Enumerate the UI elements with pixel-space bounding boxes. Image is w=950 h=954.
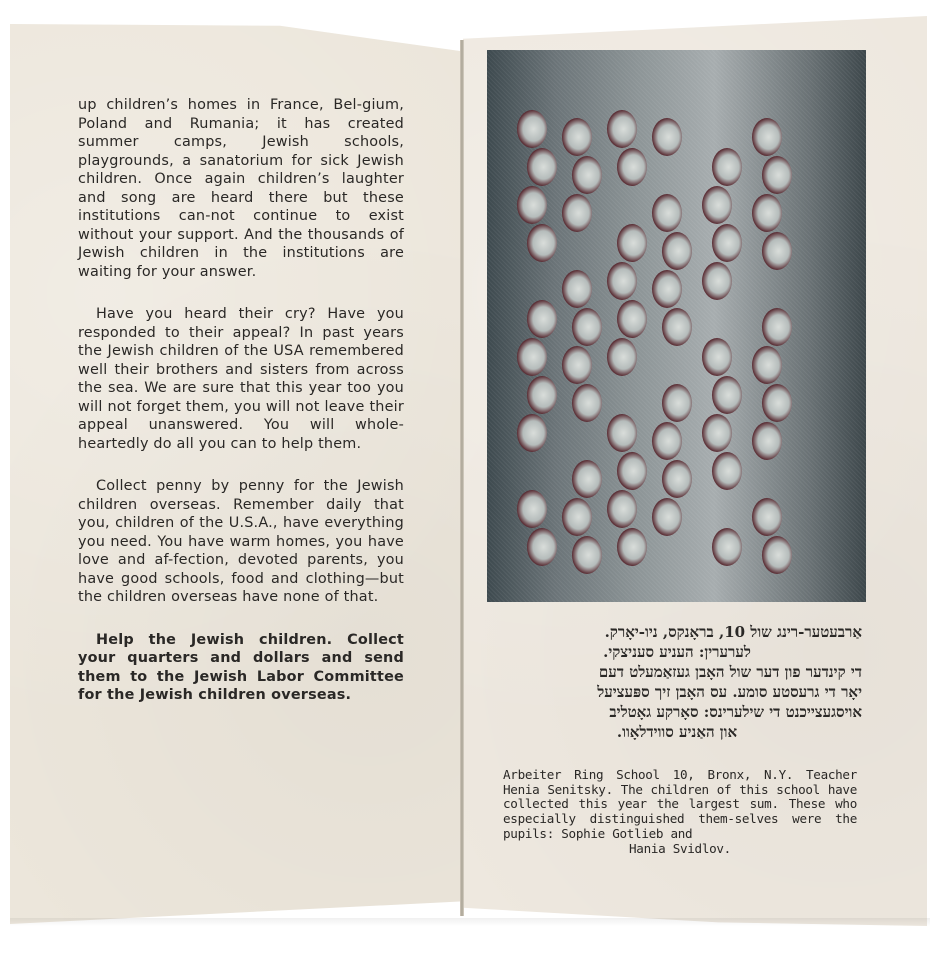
yiddish-line: און האַניע סווידלאָוו. <box>492 722 862 742</box>
photo-face <box>607 338 637 376</box>
photo-face <box>617 528 647 566</box>
photo-face <box>712 528 742 566</box>
photo-face <box>617 452 647 490</box>
photo-face <box>607 110 637 148</box>
photo-face <box>712 148 742 186</box>
yiddish-line: די קינדער פון דער שול האָבן געזאַמעלט דע… <box>492 662 862 682</box>
photo-face <box>562 498 592 536</box>
photo-face <box>762 536 792 574</box>
photo-face <box>527 376 557 414</box>
photo-face <box>617 224 647 262</box>
photo-face <box>652 270 682 308</box>
photo-face <box>607 262 637 300</box>
photo-face <box>762 308 792 346</box>
photo-face <box>562 346 592 384</box>
brochure-spine <box>460 40 464 916</box>
photo-face <box>652 498 682 536</box>
yiddish-caption: אַרבעטער-רינג שול 10, בראָנקס, ניו-יאָרק… <box>492 622 862 742</box>
paragraph-cry: Have you heard their cry? Have you respo… <box>78 305 404 453</box>
photo-face <box>517 338 547 376</box>
photo-face <box>702 262 732 300</box>
paragraph-homes: up children’s homes in France, Bel-gium,… <box>78 96 404 281</box>
photo-face <box>712 452 742 490</box>
photo-face <box>752 346 782 384</box>
photo-face <box>752 194 782 232</box>
photo-face <box>662 308 692 346</box>
photo-face <box>617 148 647 186</box>
photo-face <box>607 414 637 452</box>
photo-face <box>562 270 592 308</box>
photo-face <box>752 498 782 536</box>
photo-face <box>752 422 782 460</box>
photo-face <box>572 156 602 194</box>
photo-face <box>572 460 602 498</box>
photo-face <box>702 414 732 452</box>
photo-face <box>762 232 792 270</box>
page-shadow <box>10 918 930 926</box>
english-caption-text: Arbeiter Ring School 10, Bronx, N.Y. Tea… <box>503 767 857 841</box>
photo-face <box>527 528 557 566</box>
paragraph-collect: Collect penny by penny for the Jewish ch… <box>78 477 404 607</box>
photo-face <box>517 110 547 148</box>
photo-face <box>562 194 592 232</box>
photo-face <box>662 232 692 270</box>
photo-face <box>762 384 792 422</box>
photo-face <box>517 186 547 224</box>
yiddish-line: לערערין: העניע סעניצקי. <box>492 642 862 662</box>
english-caption-last-line: Hania Svidlov. <box>503 842 857 857</box>
photo-face <box>712 376 742 414</box>
photo-face <box>527 148 557 186</box>
photo-face <box>607 490 637 528</box>
photo-face <box>662 460 692 498</box>
photo-face <box>702 186 732 224</box>
photo-face <box>652 194 682 232</box>
photo-face <box>617 300 647 338</box>
yiddish-line: אויסגעצייכנט די שילערינס: סאָרקע גאָטליב <box>492 702 862 722</box>
group-photo <box>487 50 866 602</box>
photo-face <box>662 384 692 422</box>
left-page-text: up children’s homes in France, Bel-gium,… <box>78 96 404 729</box>
photo-face <box>652 422 682 460</box>
photo-face <box>562 118 592 156</box>
photo-face <box>572 536 602 574</box>
photo-face <box>712 224 742 262</box>
yiddish-line: יאָר די גרעסטע סומע. עס האָבן זיך ספּעצי… <box>492 682 862 702</box>
photo-face <box>527 224 557 262</box>
photo-face <box>517 414 547 452</box>
photo-face <box>702 338 732 376</box>
photo-face <box>752 118 782 156</box>
photo-face <box>762 156 792 194</box>
english-caption: Arbeiter Ring School 10, Bronx, N.Y. Tea… <box>503 768 857 856</box>
yiddish-line: אַרבעטער-רינג שול 10, בראָנקס, ניו-יאָרק… <box>492 622 862 642</box>
photo-face <box>527 300 557 338</box>
photo-face <box>572 308 602 346</box>
photo-face <box>572 384 602 422</box>
paragraph-call-to-action: Help the Jewish children. Collect your q… <box>78 631 404 705</box>
photo-face <box>517 490 547 528</box>
photo-face <box>652 118 682 156</box>
